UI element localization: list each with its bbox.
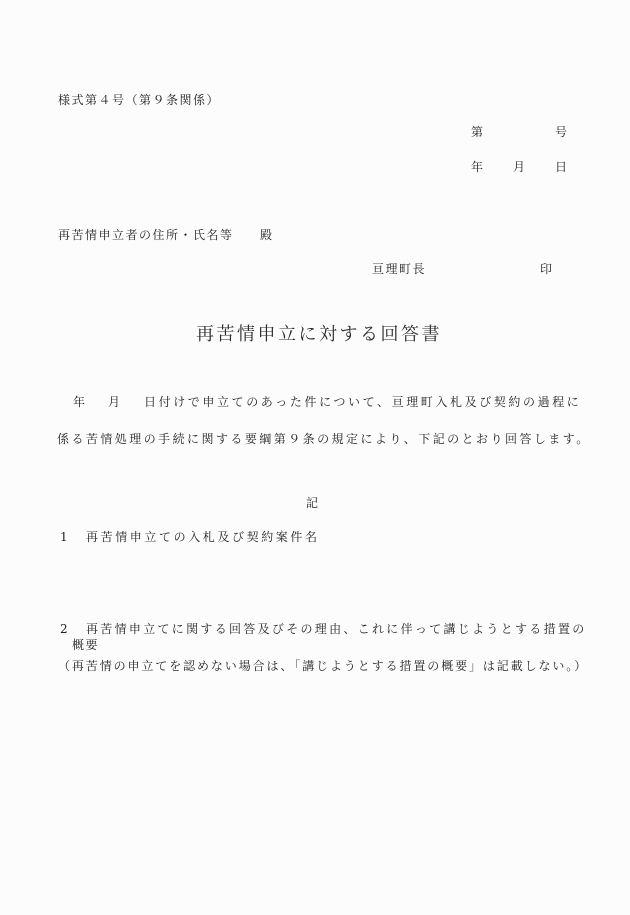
item-1-text: 再苦情申立ての入札及び契約案件名 (86, 530, 320, 544)
date-month: 月 (513, 160, 527, 174)
item-2-remark: （再苦情の申立てを認めない場合は、「講じようとする措置の概要」は記載しない。） (58, 659, 588, 673)
date-day: 日 (555, 160, 569, 174)
date-year: 年 (471, 160, 485, 174)
form-number-label: 様式第４号（第９条関係） (58, 93, 220, 107)
body-line-1: 日付けで申立てのあった件について、亘理町入札及び契約の過程に (144, 395, 581, 409)
doc-number-prefix: 第 (471, 125, 485, 139)
item-2-number: 2 (60, 622, 69, 636)
addressee-name: 再苦情申立者の住所・氏名等 (58, 228, 234, 242)
issuer-name: 亘理町長 (372, 262, 426, 276)
body-month: 月 (108, 395, 123, 409)
page-title: 再苦情申立に対する回答書 (196, 324, 442, 346)
body-line-2: 係る苦情処理の手続に関する要綱第９条の規定により、下記のとおり回答します。 (57, 432, 591, 446)
item-2-continuation: 概要 (72, 638, 99, 652)
addressee-label: 再苦情申立者の住所・氏名等 (58, 228, 234, 242)
doc-number-suffix: 号 (555, 125, 569, 139)
note-heading: 記 (306, 496, 320, 510)
addressee-honorific: 殿 (260, 228, 274, 242)
item-1-number: 1 (60, 530, 69, 544)
body-year: 年 (73, 395, 88, 409)
item-2-text: 再苦情申立てに関する回答及びその理由、これに伴って講じようとする措置の (86, 622, 587, 636)
seal-mark: 印 (540, 262, 554, 276)
